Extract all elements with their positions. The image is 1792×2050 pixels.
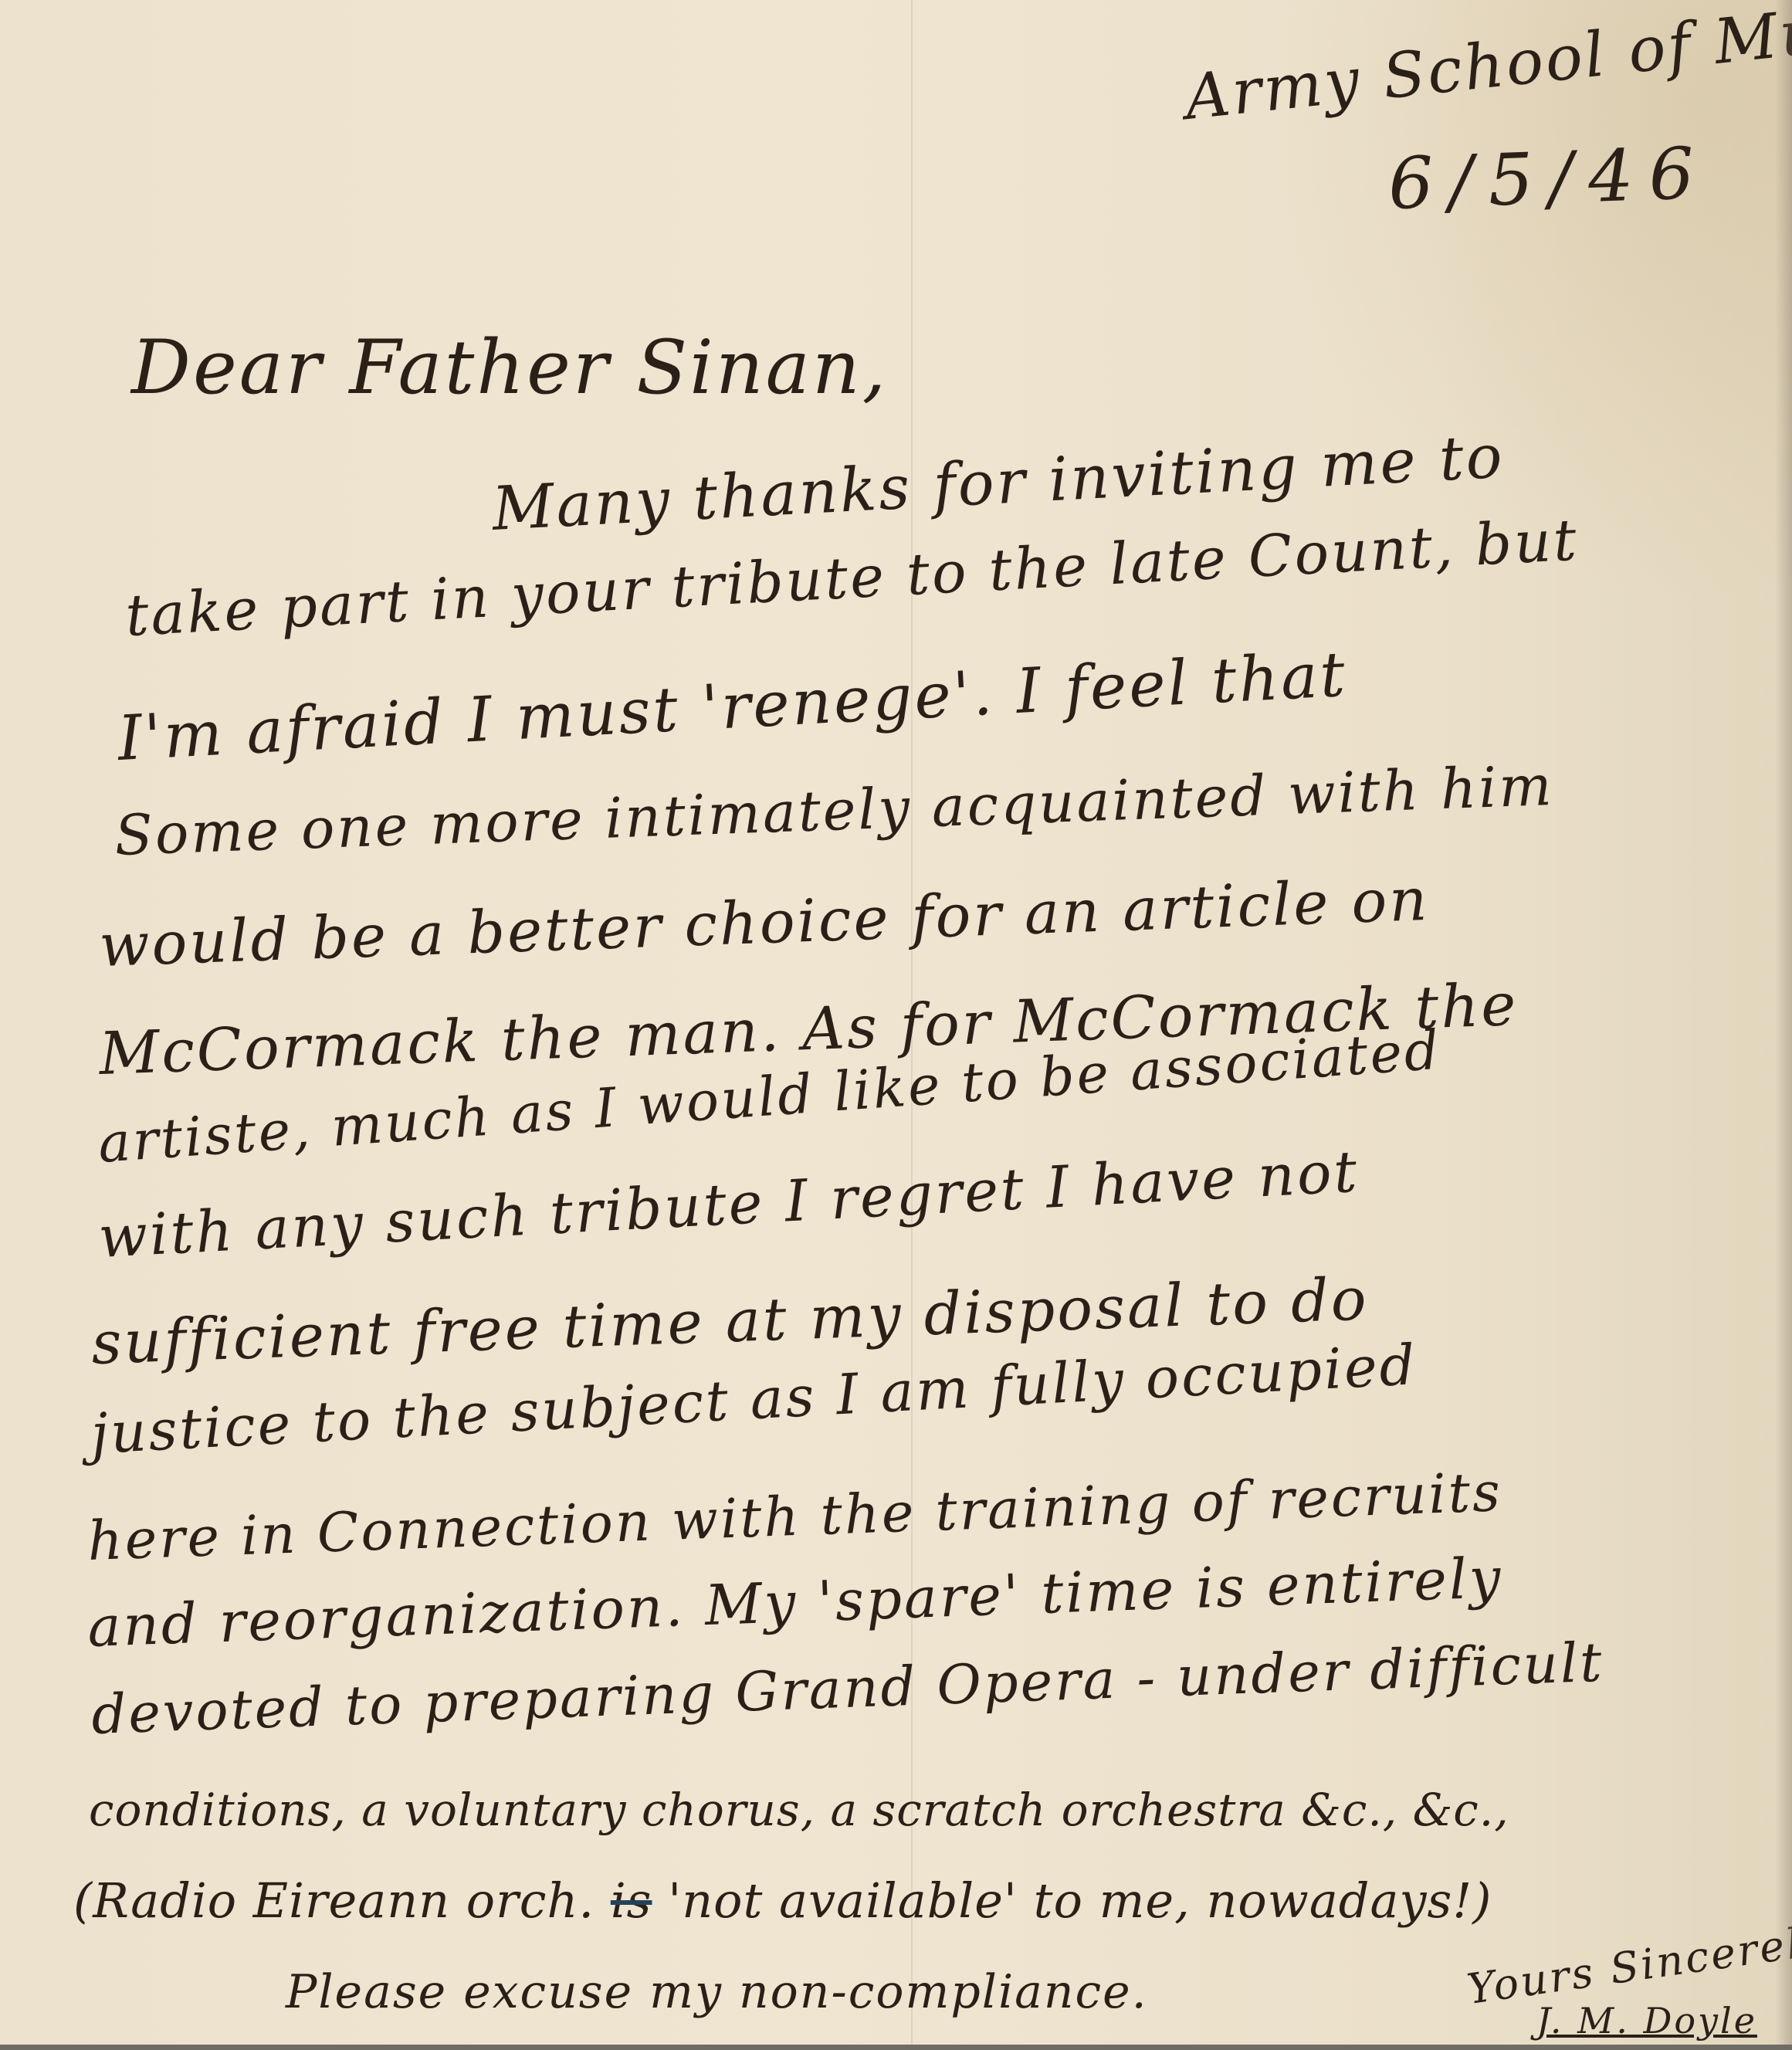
postscript-struck-word: is [611,1872,652,1929]
letter-signature: J. M. Doyle [1536,2000,1757,2042]
letter-closing: Please excuse my non-compliance. [286,1965,1148,2019]
letter-body-line: conditions, a voluntary chorus, a scratc… [89,1784,1509,1836]
letter-postscript: (Radio Eireann orch. is 'not available' … [73,1872,1492,1929]
letter-date: 6/5/46 [1387,132,1711,225]
postscript-suffix: 'not available' to me, nowadays!) [668,1872,1492,1929]
letter-body-line: would be a better choice for an article … [98,865,1431,980]
letter-salutation: Dear Father Sinan, [131,324,888,411]
letter-valediction: Yours Sincerely [1464,1915,1792,2014]
letter-paper: Army School of Music 6/5/46 Dear Father … [0,0,1792,2045]
postscript-prefix: (Radio Eireann orch. [73,1872,595,1929]
letter-body-line: take part in your tribute to the late Co… [124,507,1580,649]
letter-body-line: Some one more intimately acquainted with… [113,753,1555,868]
letter-header-place: Army School of Music [1181,0,1792,134]
letter-body-line: I'm afraid I must 'renege'. I feel that [116,639,1349,774]
paper-bottom-edge [0,2045,1792,2050]
